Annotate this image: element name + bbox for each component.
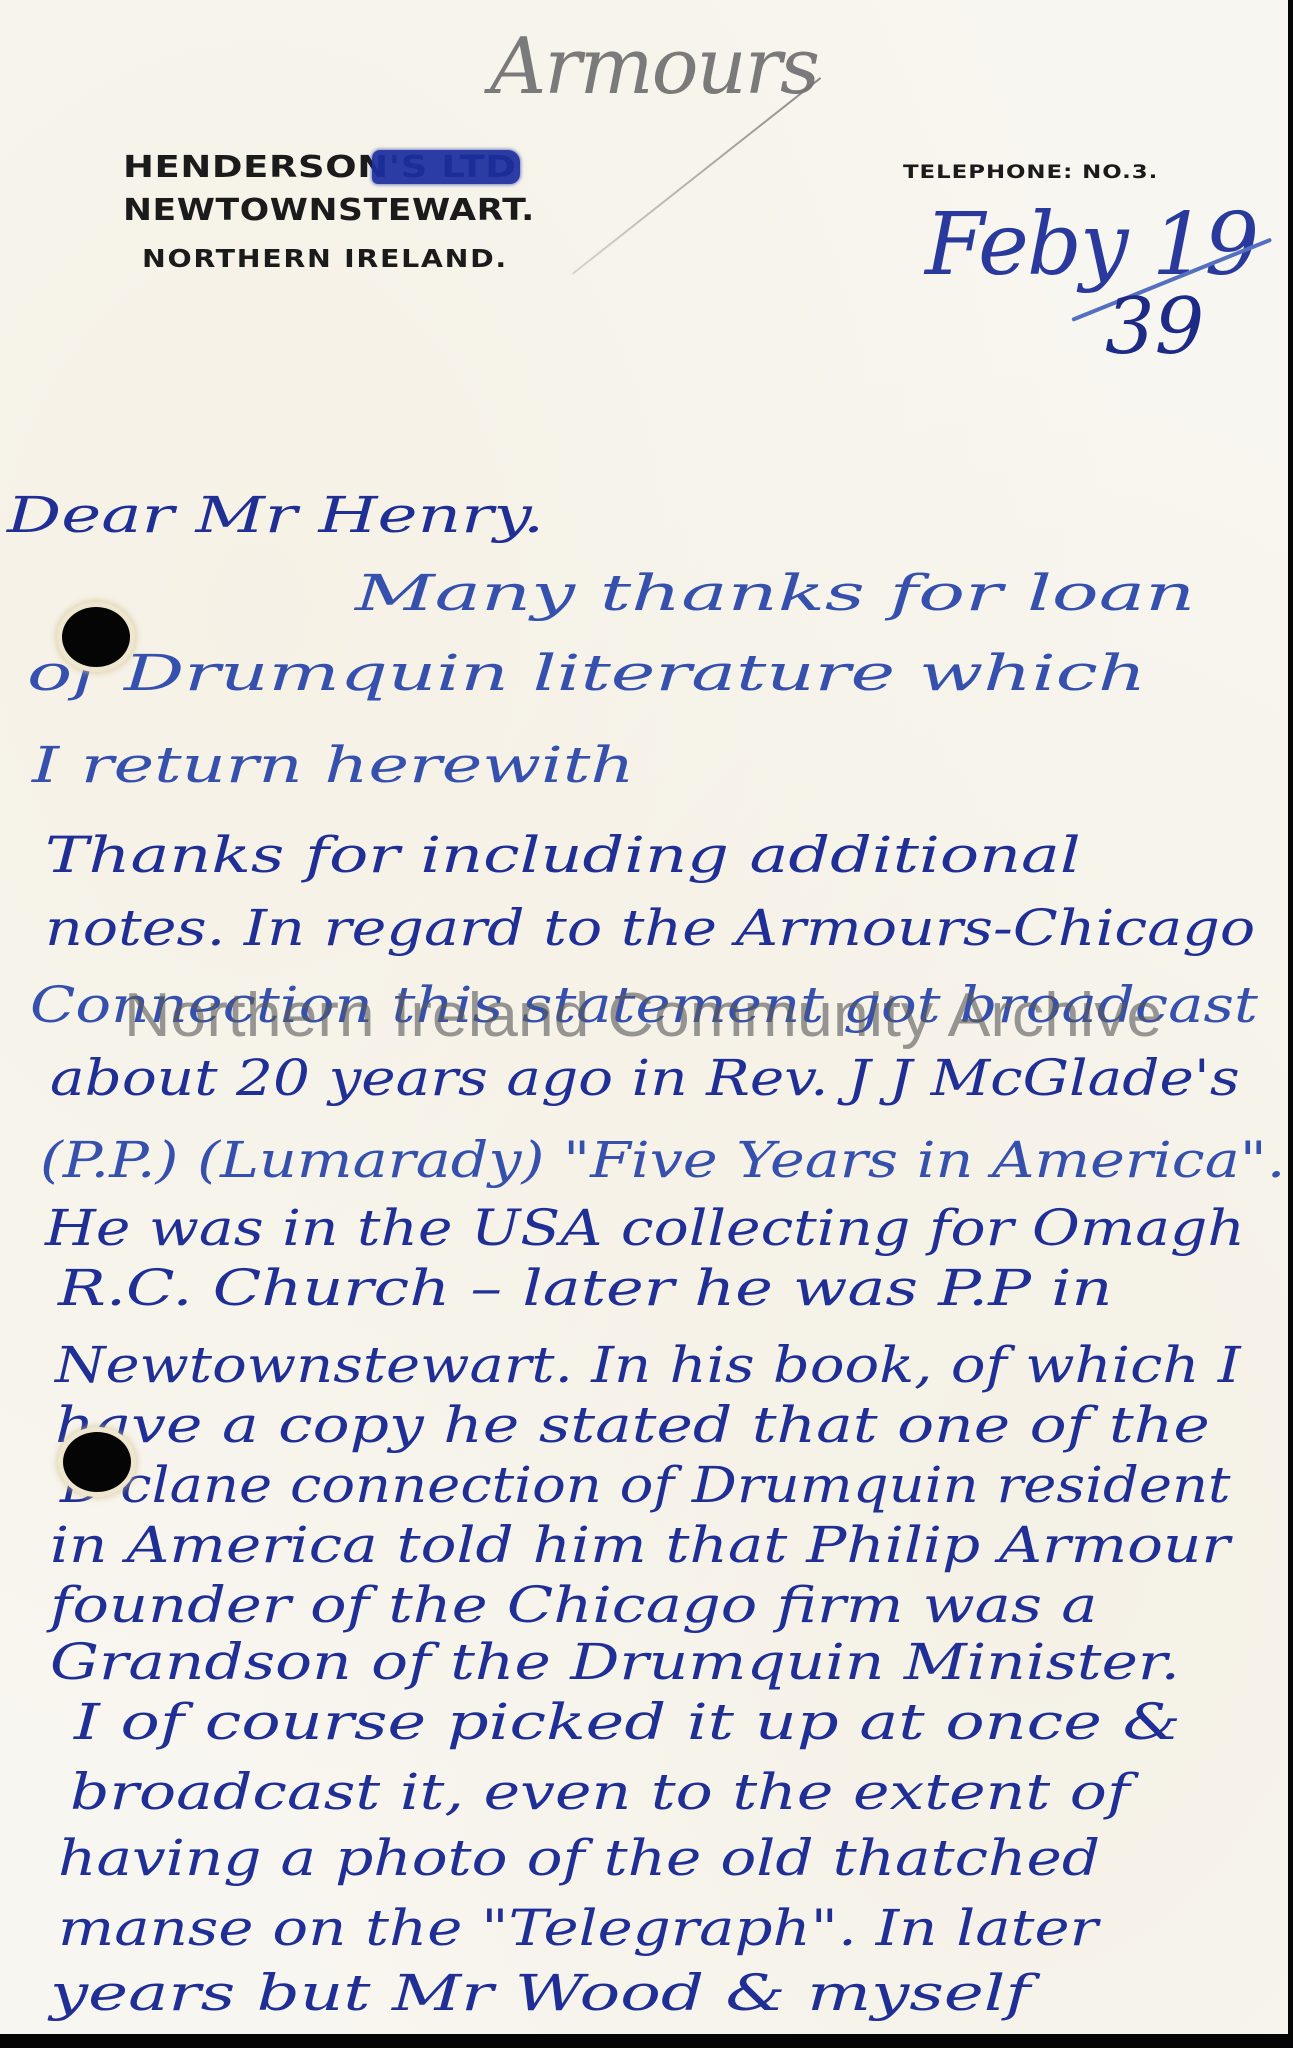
scan-border-bottom (0, 2034, 1293, 2048)
letter-line: R.C. Church – later he was P.P in (58, 1263, 1112, 1313)
letter-line: Many thanks for loan (355, 568, 1195, 618)
ink-scribble-over-ltd (372, 150, 520, 184)
punch-hole (63, 1432, 131, 1492)
letter-page: Armours HENDERSON'S LTD NEWTOWNSTEWART. … (0, 0, 1288, 2034)
letter-line: I return herewith (32, 740, 635, 790)
letter-date-month-day: Feby 19 (925, 195, 1257, 295)
letter-line: years but Mr Wood & myself (50, 1968, 1030, 2018)
archive-watermark: Northern Ireland Community Archive (124, 985, 1162, 1047)
letter-line: founder of the Chicago firm was a (50, 1580, 1097, 1630)
letter-line: broadcast it, even to the extent of (70, 1767, 1130, 1817)
letter-line: in America told him that Philip Armour (50, 1520, 1230, 1570)
letter-line: Newtownstewart. In his book, of which I (55, 1340, 1241, 1390)
letterhead-town: NEWTOWNSTEWART. (123, 193, 535, 228)
letter-date-year: 39 (1105, 282, 1204, 372)
letter-line: I of course picked it up at once & (74, 1697, 1181, 1747)
pencil-annotation: Armours (490, 22, 818, 112)
punch-hole (62, 607, 130, 667)
letter-line: notes. In regard to the Armours-Chicago (45, 903, 1255, 953)
letter-line: have a copy he stated that one of the (55, 1400, 1210, 1450)
letter-line: (P.P.) (Lumarady) "Five Years in America… (40, 1135, 1285, 1185)
letter-line: about 20 years ago in Rev. J J McGlade's (50, 1053, 1240, 1103)
letter-line: Grandson of the Drumquin Minister. (50, 1637, 1180, 1687)
salutation: Dear Mr Henry. (7, 490, 544, 540)
letterhead-region: NORTHERN IRELAND. (142, 244, 508, 273)
letter-line: He was in the USA collecting for Omagh (45, 1203, 1245, 1253)
scan-border-right (1288, 0, 1293, 2048)
letter-line: of Drumquin literature which (27, 648, 1146, 698)
letter-line: D'clane connection of Drumquin resident (60, 1460, 1231, 1510)
letterhead-telephone: TELEPHONE: NO.3. (903, 161, 1158, 183)
letter-line: having a photo of the old thatched (58, 1833, 1100, 1883)
letter-line: Thanks for including additional (45, 830, 1081, 880)
letter-line: manse on the "Telegraph". In later (58, 1903, 1098, 1953)
